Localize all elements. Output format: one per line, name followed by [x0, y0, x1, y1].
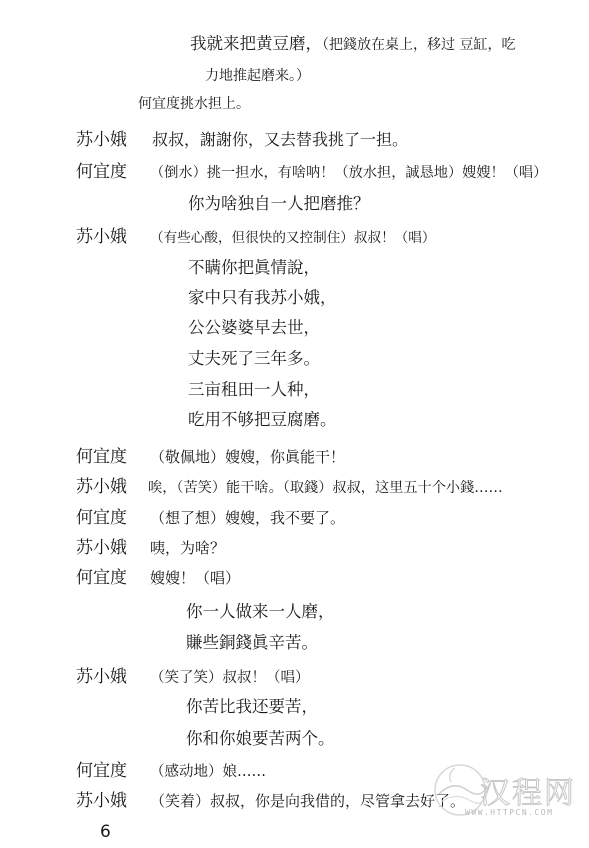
verse-text: 我就来把黄豆磨，	[190, 34, 322, 53]
verse-line: 丈夫死了三年多。	[188, 349, 320, 369]
dialogue-text: （笑了笑）叔叔！（唱）	[150, 668, 310, 688]
watermark: 汉程网 WWW.HTTPCN.COM	[425, 760, 585, 830]
stage-direction: 力地推起磨来。）	[205, 68, 310, 84]
dialogue-text: （倒水）挑一担水，有啥呐！（放水担，誠恳地）嫂嫂！（唱）	[150, 163, 547, 183]
speaker-name: 苏小娥	[76, 227, 127, 247]
dialogue-text: 咦，为啥？	[150, 538, 225, 558]
speaker-name: 何宜度	[76, 508, 127, 528]
verse-line: 你一人做来一人磨，	[186, 602, 335, 622]
verse-line-1: 我就来把黄豆磨，（把錢放在桌上，移过 豆缸，吃	[190, 34, 515, 55]
dialogue-text: 嫂嫂！（唱）	[150, 568, 240, 588]
dialogue-text: （敬佩地）嫂嫂，你眞能干！	[150, 447, 345, 467]
dialogue-text: （有些心酸，但很快的又控制住）叔叔！（唱）	[150, 228, 435, 248]
speaker-name: 何宜度	[76, 162, 127, 182]
speaker-name: 苏小娥	[76, 538, 127, 558]
verse-line: 公公婆婆早去世，	[188, 318, 320, 338]
verse-line: 不瞒你把眞情說，	[188, 258, 320, 278]
speaker-name: 何宜度	[76, 447, 127, 467]
speaker-name: 苏小娥	[76, 667, 127, 687]
speaker-name: 苏小娥	[76, 477, 127, 497]
watermark-title: 汉程网	[480, 768, 576, 812]
verse-line: 家中只有我苏小娥，	[188, 288, 337, 308]
dialogue-text: （感动地）娘……	[150, 762, 266, 782]
verse-line: 你为啥独自一人把磨推？	[188, 194, 370, 214]
verse-line: 你和你娘要苦两个。	[186, 729, 335, 749]
speaker-name: 苏小娥	[76, 130, 127, 150]
watermark-url: WWW.HTTPCN.COM	[465, 808, 553, 817]
dialogue-text: （想了想）嫂嫂，我不要了。	[150, 508, 345, 528]
dialogue-text: （笑着）叔叔，你是向我借的，尽管拿去好了。	[150, 791, 465, 811]
speaker-name: 何宜度	[76, 761, 127, 781]
speaker-name: 苏小娥	[76, 791, 127, 811]
stage-direction-entrance: 何宜度挑水担上。	[138, 94, 250, 114]
page-number: 6	[100, 822, 111, 842]
verse-line: 賺些銅錢眞辛苦。	[186, 633, 318, 653]
speaker-name: 何宜度	[76, 568, 127, 588]
stage-direction: （把錢放在桌上，移过 豆缸，吃	[322, 37, 515, 53]
verse-line: 吃用不够把豆腐磨。	[188, 410, 337, 430]
verse-line: 三亩租田一人种，	[188, 380, 320, 400]
dialogue-text: 唉，（苦笑）能干啥。（取錢）叔叔，这里五十个小錢……	[148, 478, 503, 498]
stage-direction: 何宜度挑水担上。	[138, 96, 250, 112]
verse-line: 你苦比我还要苦，	[186, 697, 318, 717]
dialogue-text: 叔叔，謝謝你，又去替我挑了一担。	[152, 130, 408, 150]
stage-direction-continuation: 力地推起磨来。）	[205, 66, 310, 86]
